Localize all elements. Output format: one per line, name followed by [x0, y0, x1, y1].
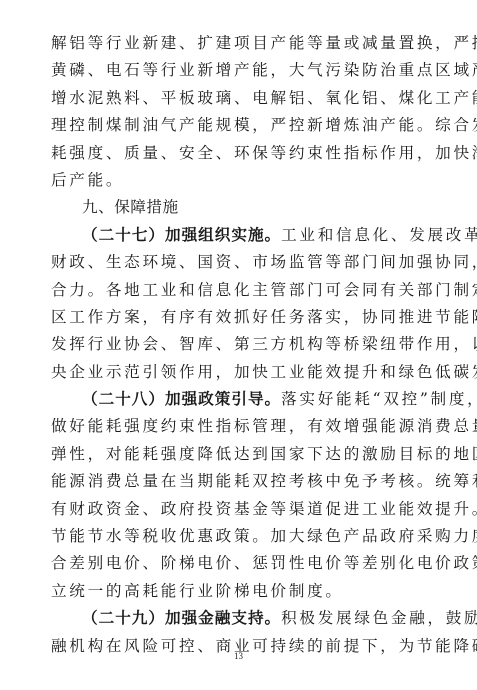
paragraph-27-first-line: （二十七）加强组织实施。工业和信息化、发展改革、	[51, 222, 421, 249]
text-line: 立统一的高耗能行业阶梯电价制度。	[51, 578, 421, 605]
text-line: 解铝等行业新建、扩建项目产能等量或减量置换，严控磷铵、	[51, 30, 421, 57]
text-line: 财政、生态环境、国资、市场监管等部门间加强协同，形成	[51, 249, 421, 276]
text-line: 能源消费总量在当期能耗双控考核中免予考核。统筹利用现	[51, 468, 421, 495]
paragraph-29-first-line: （二十九）加强金融支持。积极发展绿色金融，鼓励金	[51, 605, 421, 632]
text-run: 落实好能耗“双控”制度，	[281, 390, 477, 408]
text-run: 工业和信息化、发展改革、	[281, 226, 477, 244]
text-run: 积极发展绿色金融，鼓励金	[281, 609, 477, 627]
document-page: 解铝等行业新建、扩建项目产能等量或减量置换，严控磷铵、 黄磷、电石等行业新增产能…	[51, 30, 421, 660]
paragraph-heading: （二十九）加强金融支持。	[82, 609, 281, 627]
text-line: 合差别电价、阶梯电价、惩罚性电价等差别化电价政策，建	[51, 550, 421, 577]
page-number: 13	[0, 651, 477, 661]
paragraph-heading: （二十七）加强组织实施。	[82, 226, 281, 244]
text-line: 黄磷、电石等行业新增产能，大气污染防治重点区域严禁新	[51, 57, 421, 84]
text-line: 后产能。	[51, 167, 421, 194]
paragraph-28-first-line: （二十八）加强政策引导。落实好能耗“双控”制度，	[51, 386, 421, 413]
text-line: 弹性，对能耗强度降低达到国家下达的激励目标的地区，其	[51, 441, 421, 468]
text-line: 做好能耗强度约束性指标管理，有效增强能源消费总量管理	[51, 413, 421, 440]
text-line: 发挥行业协会、智库、第三方机构等桥梁纽带作用，以及中	[51, 331, 421, 358]
text-line: 增水泥熟料、平板玻璃、电解铝、氧化铝、煤化工产能，合	[51, 85, 421, 112]
paragraph-heading: （二十八）加强政策引导。	[82, 390, 281, 408]
text-line: 节能节水等税收优惠政策。加大绿色产品政府采购力度。整	[51, 523, 421, 550]
text-line: 合力。各地工业和信息化主管部门可会同有关部门制定本地	[51, 277, 421, 304]
text-line: 耗强度、质量、安全、环保等约束性指标作用，加快淘汰落	[51, 140, 421, 167]
section-heading: 九、保障措施	[51, 194, 421, 221]
text-line: 有财政资金、政府投资基金等渠道促进工业能效提升。落实	[51, 496, 421, 523]
text-line: 区工作方案，有序有效抓好任务落实，协同推进节能降碳。	[51, 304, 421, 331]
text-line: 央企业示范引领作用，加快工业能效提升和绿色低碳发展。	[51, 359, 421, 386]
text-line: 理控制煤制油气产能规模，严控新增炼油产能。综合发挥能	[51, 112, 421, 139]
